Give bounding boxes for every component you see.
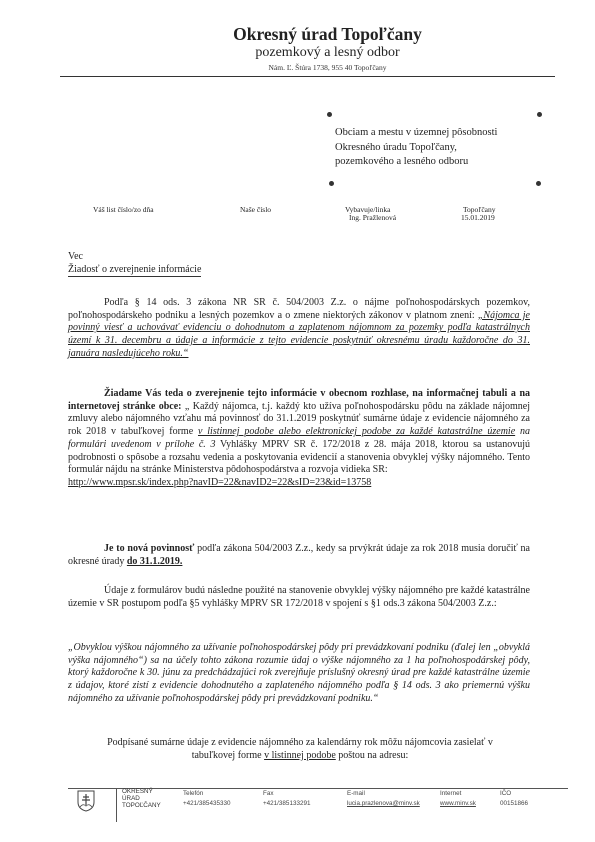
footer-org-line: OKRESNÝ	[122, 788, 161, 795]
window-corner-marker	[537, 112, 542, 117]
state-coat-of-arms-icon	[77, 790, 95, 812]
ico-label: IČO	[500, 790, 511, 797]
window-corner-marker	[329, 181, 334, 186]
email-label: E-mail	[347, 790, 365, 797]
usage-text: Údaje z formulárov budú následne použité…	[68, 585, 530, 609]
paragraph-definition-quote: „Obvyklou výškou nájomného za užívanie p…	[68, 642, 530, 706]
subject-label: Vec	[68, 251, 83, 262]
office-address: Nám. Ľ. Štúra 1738, 955 40 Topoľčany	[0, 63, 595, 72]
email-link[interactable]: lucia.prazlenova@minv.sk	[347, 800, 420, 807]
letter-date: 15.01.2019	[461, 213, 495, 222]
web-link[interactable]: www.minv.sk	[440, 800, 476, 807]
paragraph-legal-basis: Podľa § 14 ods. 3 zákona NR SR č. 504/20…	[68, 297, 530, 361]
paragraph-usage: Údaje z formulárov budú následne použité…	[68, 585, 530, 610]
request-form-requirement: v listinnej podobe alebo elektronickej p…	[198, 426, 515, 437]
new-obligation-bold: Je to nová povinnosť	[104, 543, 194, 554]
footer-org-line: ÚRAD	[122, 795, 161, 802]
legal-basis-text: Podľa § 14 ods. 3 zákona NR SR č. 504/20…	[68, 297, 530, 321]
window-corner-marker	[536, 181, 541, 186]
your-letter-label: Váš list číslo/zo dňa	[93, 205, 154, 214]
subject-text: Žiadosť o zverejnenie informácie	[68, 264, 201, 277]
phone-label: Telefón	[183, 790, 203, 797]
handled-by-value: Ing. Pražlenová	[349, 213, 396, 222]
recipient-line: Okresného úradu Topoľčany,	[335, 141, 555, 156]
submission-text-end: poštou na adresu:	[336, 750, 409, 761]
footer-org-name: OKRESNÝ ÚRAD TOPOĽČANY	[122, 788, 161, 809]
our-number-label: Naše číslo	[240, 205, 271, 214]
fax-value: +421/385133291	[263, 800, 310, 807]
paragraph-new-obligation: Je to nová povinnosť podľa zákona 504/20…	[68, 543, 530, 568]
footer-org-line: TOPOĽČANY	[122, 802, 161, 809]
web-label: Internet	[440, 790, 461, 797]
recipient-line: pozemkového a lesného odboru	[335, 155, 555, 170]
recipient-line: Obciam a mestu v územnej pôsobnosti	[335, 126, 555, 141]
department-name: pozemkový a lesný odbor	[0, 45, 595, 61]
submission-paper-form: v listinnej podobe	[264, 750, 336, 761]
paragraph-request: Žiadame Vás teda o zverejnenie tejto inf…	[68, 388, 530, 490]
office-title: Okresný úrad Topoľčany	[0, 24, 595, 45]
header-divider	[60, 76, 555, 77]
footer-vertical-divider	[116, 788, 117, 822]
phone-value: +421/385435330	[183, 800, 230, 807]
window-corner-marker	[327, 112, 332, 117]
fax-label: Fax	[263, 790, 274, 797]
recipient-block: Obciam a mestu v územnej pôsobnosti Okre…	[335, 126, 555, 170]
ministry-form-link[interactable]: http://www.mpsr.sk/index.php?navID=22&na…	[68, 477, 371, 488]
definition-quote: „Obvyklou výškou nájomného za užívanie p…	[68, 642, 530, 704]
ico-value: 00151866	[500, 800, 528, 807]
paragraph-submission: Podpísané sumárne údaje z evidencie nájo…	[90, 737, 510, 762]
deadline: do 31.1.2019.	[127, 556, 183, 567]
